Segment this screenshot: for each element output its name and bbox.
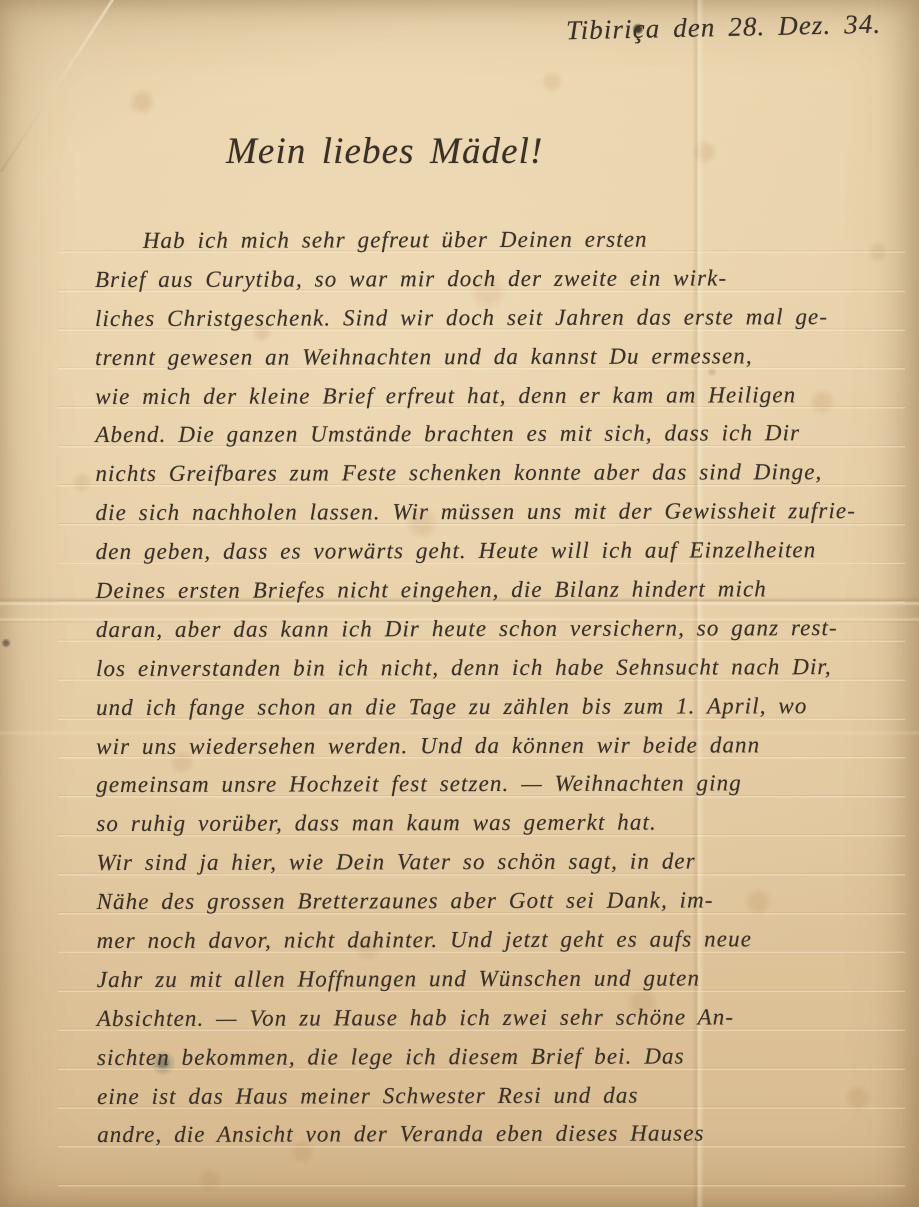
letter-line: daran, aber das kann ich Dir heute schon… <box>96 609 899 650</box>
letter-line: mer noch davor, nicht dahinter. Und jetz… <box>97 920 900 961</box>
letter-line: Brief aus Curytiba, so war mir doch der … <box>95 259 898 300</box>
letter-line: Absichten. — Von zu Hause hab ich zwei s… <box>97 998 900 1039</box>
letter-line: Jahr zu mit allen Hoffnungen und Wünsche… <box>97 959 900 1000</box>
letter-line: die sich nachholen lassen. Wir müssen un… <box>95 492 898 533</box>
letter-line: wie mich der kleine Brief erfreut hat, d… <box>95 376 898 417</box>
letter-line: los einverstanden bin ich nicht, denn ic… <box>96 648 899 689</box>
corner-crease <box>0 0 119 172</box>
letter-line: andre, die Ansicht von der Veranda eben … <box>97 1114 900 1155</box>
date-line: Tibiriça den 28. Dez. 34. <box>565 9 881 47</box>
letter-line: Hab ich mich sehr gefreut über Deinen er… <box>95 220 898 261</box>
salutation: Mein liebes Mädel! <box>226 130 543 173</box>
letter-line: gemeinsam unsre Hochzeit fest setzen. — … <box>96 764 899 805</box>
letter-line: wir uns wiedersehen werden. Und da könne… <box>96 726 899 767</box>
letter-line: trennt gewesen an Weihnachten und da kan… <box>95 337 898 378</box>
letter-line: sichten bekommen, die lege ich diesem Br… <box>97 1037 900 1078</box>
letter-line: eine ist das Haus meiner Schwester Resi … <box>97 1076 900 1117</box>
letter-line: Deines ersten Briefes nicht eingehen, di… <box>96 570 899 611</box>
letter-line: nichts Greifbares zum Feste schenken kon… <box>95 453 898 494</box>
letter-line: Nähe des grossen Bretterzaunes aber Gott… <box>97 881 900 922</box>
letter-line: so ruhig vorüber, dass man kaum was geme… <box>96 803 899 844</box>
letter-line: Abend. Die ganzen Umstände brachten es m… <box>95 414 898 455</box>
letter-line: Wir sind ja hier, wie Dein Vater so schö… <box>96 842 899 883</box>
letter-page: Tibiriça den 28. Dez. 34. Mein liebes Mä… <box>0 0 919 1207</box>
letter-line: liches Christgeschenk. Sind wir doch sei… <box>95 298 898 339</box>
letter-line: den geben, dass es vorwärts geht. Heute … <box>96 531 899 572</box>
letter-body: Hab ich mich sehr gefreut über Deinen er… <box>95 220 900 1155</box>
letter-line: und ich fange schon an die Tage zu zähle… <box>96 687 899 728</box>
